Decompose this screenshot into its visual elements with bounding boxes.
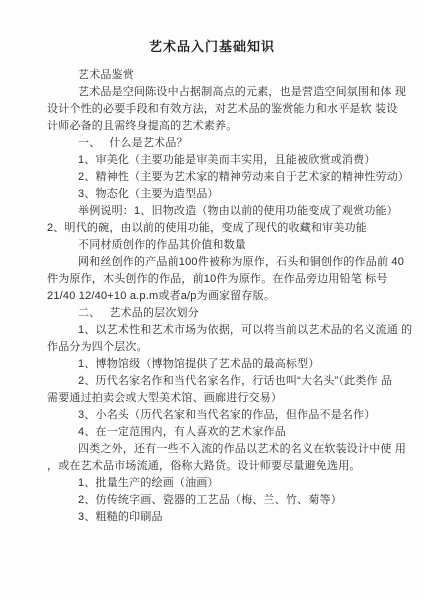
section-heading: 一、 什么是艺术品？ — [45, 135, 384, 152]
list-item: 1、博物馆级（博物馆提供了艺术品的最高标型） — [45, 356, 384, 373]
text-line: 2、明代的碗，由以前的使用功能，变成了现代的收藏和审美功能 — [45, 220, 384, 237]
text-line: 需要通过拍卖会或大型美术馆、画廊进行交易） — [45, 390, 384, 407]
text-line: 网和丝创作的产品前100件被称为原作，石头和铜创作的作品前 40 — [45, 254, 384, 271]
text-line: ，或在艺术品市场流通，俗称大路货。设计师要尽量避免选用。 — [45, 458, 384, 475]
list-item: 2、精神性（主要为艺术家的精神劳动来自于艺术家的精神性劳动） — [45, 169, 384, 186]
list-item: 1、审美化（主要功能是审美而丰实用，且能被欣赏或消费） — [45, 152, 384, 169]
list-item: 3、粗糙的印刷品 — [45, 509, 384, 526]
document-page: 艺术品入门基础知识 艺术品鉴赏 艺术品是空间陈设中占据制高点的元素，也是营造空间… — [0, 0, 424, 600]
list-item: 2、仿传统字画、瓷器的工艺品（梅、兰、竹、菊等） — [45, 492, 384, 509]
text-line: 21/40 12/40+10 a.p.m或者a/p为画家留存版。 — [45, 288, 384, 305]
list-item: 3、小名头（历代名家和当代名家的作品，但作品不是名作） — [45, 407, 384, 424]
list-item: 2、历代名家名作和当代名家名作，行话也叫“大名头”（此类作 品 — [45, 373, 384, 390]
list-item: 3、物态化（主要为造型品） — [45, 186, 384, 203]
list-item: 4、在一定范围内，有人喜欢的艺术家作品 — [45, 424, 384, 441]
text-line: 计师必备的且需终身提高的艺术素养。 — [45, 118, 384, 135]
text-line: 四类之外，还有一些不入流的作品以艺术的名义在软装设计中使 用 — [45, 441, 384, 458]
section-heading: 二、 艺术品的层次划分 — [45, 305, 384, 322]
list-item: 1、批量生产的绘画（油画） — [45, 475, 384, 492]
text-line: 件为原作，木头创作的作品，前10件为原作。在作品旁边用铅笔 标号 — [45, 271, 384, 288]
text-line: 不同材质创作的作品其价值和数量 — [45, 237, 384, 254]
text-line: 设计个性的必要手段和有效方法，对艺术品的鉴赏能力和水平是软 装设 — [45, 101, 384, 118]
text-line: 艺术品鉴赏 — [45, 67, 384, 84]
text-line: 1、以艺术性和艺术市场为依据，可以将当前以艺术品的名义流通 的 — [45, 322, 384, 339]
document-title: 艺术品入门基础知识 — [40, 38, 384, 55]
text-line: 艺术品是空间陈设中占据制高点的元素，也是营造空间氛围和体 现 — [45, 84, 384, 101]
text-line: 举例说明：1、旧物改造（物由以前的使用功能变成了观赏功能） — [45, 203, 384, 220]
text-line: 作品分为四个层次。 — [45, 339, 384, 356]
